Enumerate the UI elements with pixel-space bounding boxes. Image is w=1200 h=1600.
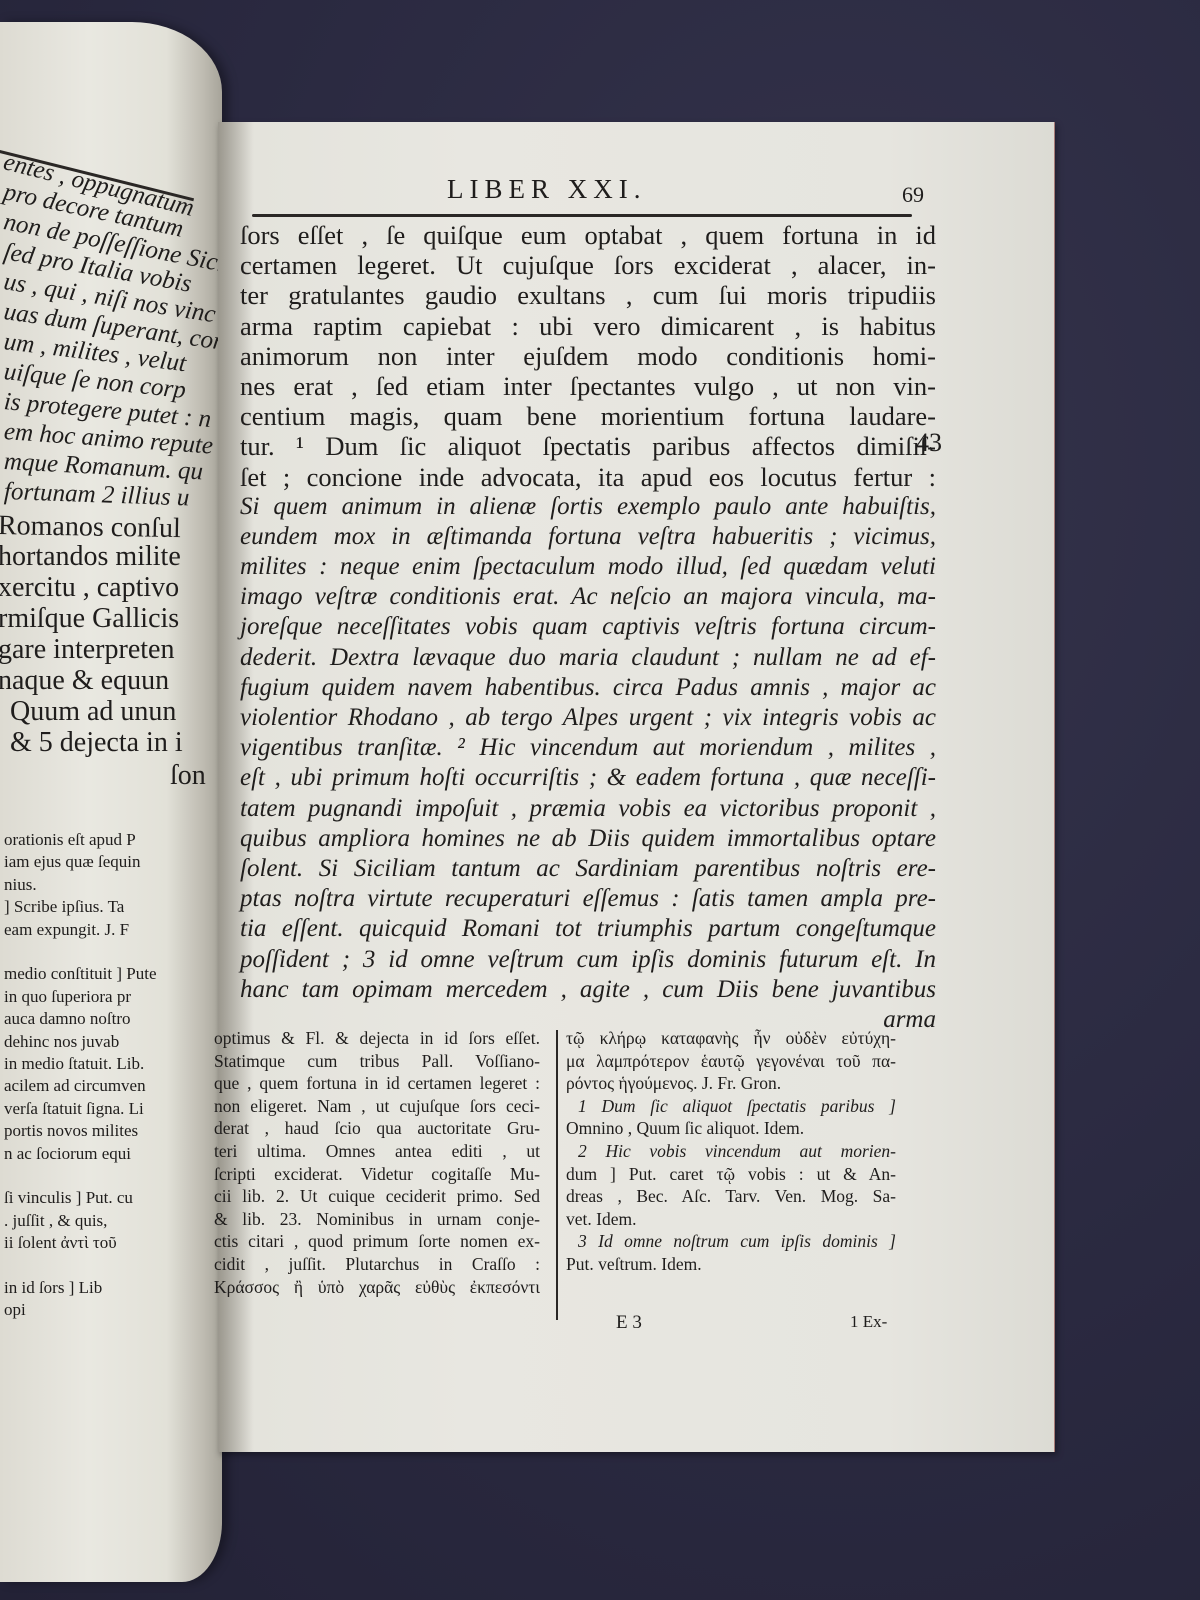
verso-text-line: fortunam 2 illius u [4,478,190,512]
main-text-block: ſors eſſet , ſe quiſque eum optabat , qu… [240,220,936,1035]
verso-footnote-line: . juſſit , & quis, [4,1211,107,1231]
footnotes-left-column: optimus & Fl. & dejecta in id ſors eſſet… [214,1027,540,1298]
speech-line: joreſque neceſſitates vobis quam captivi… [240,612,936,642]
verso-footnote-line: n ac ſociorum equi [4,1144,131,1164]
footnote-2: 2 Hic vobis vincendum aut morien- [566,1140,896,1163]
speech-line: dederit. Dextra lævaque duo maria claudu… [240,643,936,673]
text-line: certamen legeret. Ut cujuſque ſors excid… [240,250,936,280]
footnote-line: non eligeret. Nam , ut cujuſque ſors cec… [214,1095,540,1118]
verso-footnote-line: ſi vinculis ] Put. cu [4,1188,133,1208]
speech-line: vigentibus tranſitæ. ² Hic vincendum aut… [240,733,936,763]
speech-line: milites : neque enim ſpectaculum modo il… [240,552,936,582]
speech-line: poſſident ; 3 id omne veſtrum cum ipſis … [240,945,936,975]
page-number: 69 [902,182,924,208]
footnote-line: vet. Idem. [566,1208,896,1231]
footnote-line: optimus & Fl. & dejecta in id ſors eſſet… [214,1027,540,1050]
footnote-line: & lib. 23. Nominibus in urnam conje- [214,1208,540,1231]
text-line: animorum non inter ejuſdem modo conditio… [240,341,936,371]
verso-footnote-line: in id ſors ] Lib [4,1278,102,1298]
speech-line: quibus ampliora homines ne ab Diis quide… [240,824,936,854]
verso-footnote-line: dehinc nos juvab [4,1032,119,1052]
speech-line: ptas noſtra virtute recuperaturi eſſemus… [240,884,936,914]
speech-line: Si quem animum in alienæ ſortis exemplo … [240,492,936,522]
speech-line: ſolent. Si Siciliam tantum ac Sardiniam … [240,854,936,884]
footnote-line-greek: τῷ κλήρῳ καταφανὴς ἦν οὐδὲν εὐτύχη- [566,1027,896,1050]
verso-text-line: ſon [170,760,206,792]
verso-footnote-line: medio conſtituit ] Pute [4,964,157,984]
verso-footnote-line: acilem ad circumven [4,1076,146,1096]
footnote-line: dum ] Put. caret τῷ vobis : ut & An- [566,1163,896,1186]
text-line: centium magis, quam bene morientium fort… [240,401,936,431]
text-line: tur. ¹ Dum ſic aliquot ſpectatis paribus… [240,431,936,461]
header-rule [252,214,912,217]
footnote-line: Statimque cum tribus Pall. Voſſiano- [214,1050,540,1073]
speech-line: tia eſſent. quicquid Romani tot triumphi… [240,914,936,944]
footnote-line: ρόντος ἡγούμενος. J. Fr. Gron. [566,1072,896,1095]
footnote-line-greek: Κράσσος ἢ ὑπὸ χαρᾶς εὐθὺς ἐκπεσόντι [214,1276,540,1299]
verso-footnote-line: ] Scribe ipſius. Ta [4,897,124,917]
verso-text-line: rmiſque Gallicis [0,603,179,635]
speech-line: eſt , ubi primum hoſti occurriſtis ; & e… [240,763,936,793]
verso-footnote-line: iam ejus quæ ſequin [4,852,140,872]
verso-footnote-line: nius. [4,875,37,895]
speech-line: violentior Rhodano , ab tergo Alpes urge… [240,703,936,733]
footnote-line: ctis citari , quod primum ſorte nomen ex… [214,1230,540,1253]
page-header: LIBER XXI. 69 [252,172,912,212]
footnote-line: cidit , juſſit. Plutarchus in Craſſo : [214,1253,540,1276]
recto-page: LIBER XXI. 69 ſors eſſet , ſe quiſque eu… [218,122,1055,1452]
text-line: arma raptim capiebat : ubi vero dimicare… [240,311,936,341]
footnote-line: Omnino , Quum ſic aliquot. Idem. [566,1117,896,1140]
verso-text-line: xercitu , captivo [0,572,179,604]
verso-footnote-line: in medio ſtatuit. Lib. [4,1054,144,1074]
speech-line: fugium quidem navem habentibus. circa Pa… [240,673,936,703]
footnote-3: 3 Id omne noſtrum cum ipſis dominis ] [566,1230,896,1253]
speech-line: eundem mox in æſtimanda fortuna veſtra h… [240,522,936,552]
footnote-line: cii lib. 2. Ut cuique ceciderit primo. S… [214,1185,540,1208]
verso-footnote-line: eam expungit. J. F [4,920,129,940]
verso-text-line: hortandos milite [0,541,181,573]
verso-footnote-line: verſa ſtatuit ſigna. Li [4,1099,144,1119]
speech-line: imago veſtræ conditionis erat. Ac neſcio… [240,582,936,612]
verso-footnote-line: portis novos milites [4,1121,138,1141]
verso-page: entes , oppugnatumpro decore tantumnon d… [0,22,222,1582]
footnote-column-divider [556,1030,558,1320]
verso-text-line: & 5 dejecta in i [10,727,183,759]
catchword: 1 Ex- [850,1312,887,1332]
footnote-line: derat , haud ſcio qua auctoritate Gru- [214,1117,540,1140]
verso-footnote-line: orationis eſt apud P [4,830,136,850]
signature-mark: E 3 [616,1312,642,1334]
running-head: LIBER XXI. [447,174,646,205]
footnote-line: que , quem fortuna in id certamen legere… [214,1072,540,1095]
footnote-line: Put. veſtrum. Idem. [566,1253,896,1276]
verso-text-line: Quum ad unun [10,696,176,728]
footnote-line: dreas , Bec. Aſc. Tarv. Ven. Mog. Sa- [566,1185,896,1208]
verso-footnote-line: opi [4,1300,26,1320]
footnote-1: 1 Dum ſic aliquot ſpectatis paribus ] [566,1095,896,1118]
margin-section-number: 43 [916,428,942,458]
text-line: ter gratulantes gaudio exultans , cum ſu… [240,280,936,310]
verso-footnote-line: ii ſolent ἀντὶ τοῦ [4,1233,117,1253]
verso-footnote-line: auca damno noſtro [4,1009,131,1029]
footnote-line: ſcripti exciderat. Videtur cogitaſſe Mu- [214,1163,540,1186]
footnotes-right-column: τῷ κλήρῳ καταφανὴς ἦν οὐδὲν εὐτύχη- μα λ… [566,1027,896,1276]
speech-line: hanc tam opimam mercedem , agite , cum D… [240,975,936,1005]
verso-text-line: Romanos conſul [0,510,181,545]
verso-text-line: gare interpreten [0,634,174,666]
footnote-line: teri ultima. Omnes antea editi , ut [214,1140,540,1163]
verso-text-line: naque & equun [0,665,169,697]
verso-footnote-line: in quo ſuperiora pr [4,987,131,1007]
speech-line: tatem pugnandi impoſuit , præmia vobis e… [240,794,936,824]
footnote-line-greek: μα λαμπρότερον ἑαυτῷ γεγονέναι τοῦ πα- [566,1050,896,1073]
text-line: ſors eſſet , ſe quiſque eum optabat , qu… [240,220,936,250]
text-line: ſet ; concione inde advocata, ita apud e… [240,462,936,492]
text-line: nes erat , ſed etiam inter ſpectantes vu… [240,371,936,401]
